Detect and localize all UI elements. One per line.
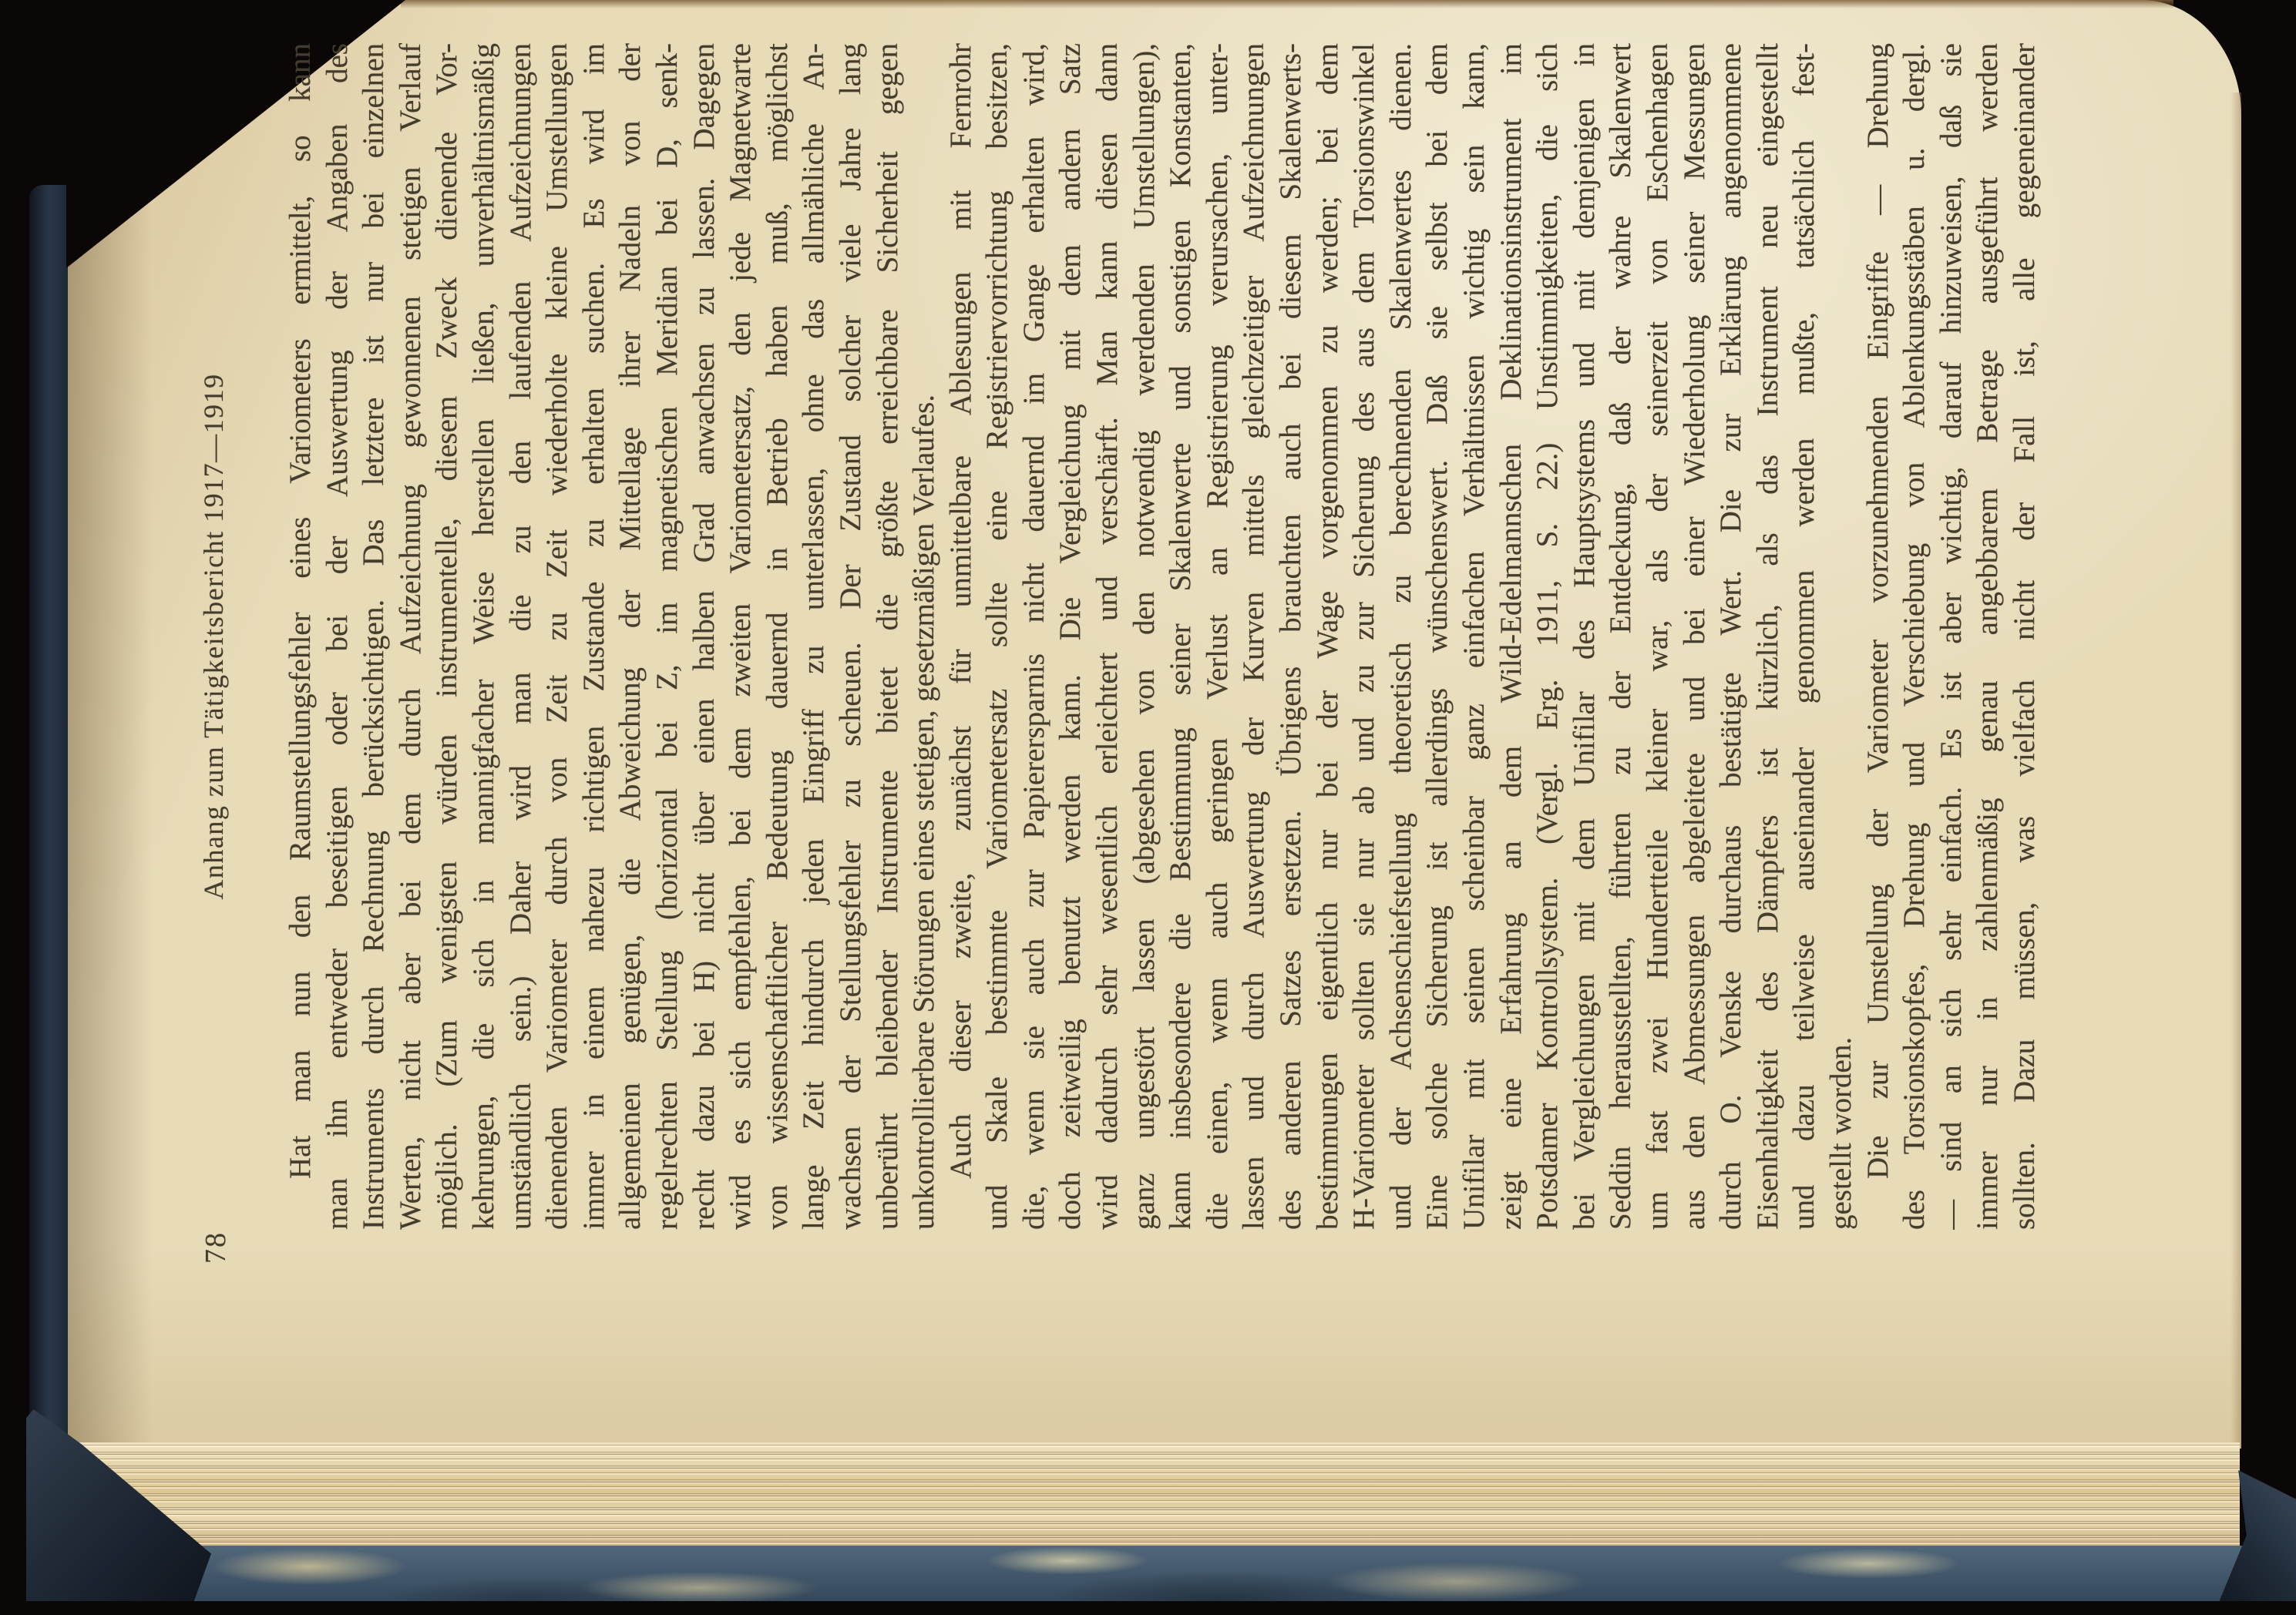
body-line: aus den Abmessungen abgeleitete und bei … xyxy=(1676,43,1713,1230)
body-line: wird es sich empfehlen, bei dem zweiten … xyxy=(722,43,759,1230)
body-line: die einen, wenn auch geringen Verlust an… xyxy=(1199,43,1236,1230)
body-line: möglich. (Zum wenigsten würden instrumen… xyxy=(429,43,466,1230)
body-line: des Torsionskopfes, Drehung und Verschie… xyxy=(1896,43,1933,1230)
body-line: Seddin herausstellten, führten zu der En… xyxy=(1602,43,1639,1230)
body-line: sollten. Dazu müssen, was vielfach nicht… xyxy=(2006,43,2043,1230)
body-line: lange Zeit hindurch jeden Eingriff zu un… xyxy=(795,43,832,1230)
body-line: — sind an sich sehr einfach. Es ist aber… xyxy=(1933,43,1970,1230)
body-line: dienenden Variometer durch von Zeit zu Z… xyxy=(539,43,576,1230)
text-block: 78 Anhang zum Tätigkeitsbericht 1917—191… xyxy=(197,43,2101,1230)
body-line: durch O. Venske durchaus bestätigte Wert… xyxy=(1713,43,1750,1230)
page-top-edge-strip xyxy=(401,0,2173,8)
body-line: die, wenn sie auch zur Papierersparnis n… xyxy=(1016,43,1053,1230)
body-line: Eisenhaltigkeit des Dämpfers ist kürzlic… xyxy=(1750,43,1787,1230)
page-edge-stack xyxy=(68,1442,2240,1550)
body-line: Instruments durch Rechnung berücksichtig… xyxy=(355,43,392,1230)
body-line: H-Variometer sollten sie nur ab und zu z… xyxy=(1346,43,1383,1230)
body-line: unkontrollierbare Störungen eines stetig… xyxy=(906,43,943,1230)
body-text: Hat man nun den Raumstellungsfehler eine… xyxy=(282,43,2043,1230)
body-line: und dazu teilweise auseinander genommen … xyxy=(1786,43,1823,1230)
page-header: 78 Anhang zum Tätigkeitsbericht 1917—191… xyxy=(197,43,237,1230)
body-line: Eine solche Sicherung ist allerdings wün… xyxy=(1419,43,1456,1230)
body-line: man ihn entweder beseitigen oder bei der… xyxy=(319,43,356,1230)
body-line: lassen und durch Auswertung der Kurven m… xyxy=(1235,43,1272,1230)
body-line: kehrungen, die sich in mannigfacher Weis… xyxy=(466,43,503,1230)
body-line: Auch dieser zweite, zunächst für unmitte… xyxy=(943,43,980,1230)
body-line: doch zeitweilig benutzt werden kann. Die… xyxy=(1052,43,1089,1230)
body-line: immer nur in zahlenmäßig genau angebbare… xyxy=(1969,43,2006,1230)
body-line: des anderen Satzes ersetzen. Übrigens br… xyxy=(1272,43,1309,1230)
body-line: bei Vergleichungen mit dem Unifilar des … xyxy=(1566,43,1603,1230)
body-line: und Skale bestimmte Variometersatz sollt… xyxy=(979,43,1016,1230)
photo-background: { "book": { "page_number": "78", "runnin… xyxy=(0,0,2296,1615)
body-line: Hat man nun den Raumstellungsfehler eine… xyxy=(282,43,319,1230)
body-line: ganz ungestört lassen (abgesehen von den… xyxy=(1126,43,1163,1230)
body-line: wachsen der Stellungsfehler zu scheuen. … xyxy=(832,43,869,1230)
body-line: Werten, nicht aber bei dem durch Aufzeic… xyxy=(392,43,429,1230)
body-line: regelrechten Stellung (horizontal bei Z,… xyxy=(649,43,686,1230)
page-number: 78 xyxy=(199,1231,233,1264)
body-line: wird dadurch sehr wesentlich erleichtert… xyxy=(1089,43,1126,1230)
body-line: Unifilar mit seinen scheinbar ganz einfa… xyxy=(1456,43,1493,1230)
body-line: bestimmungen eigentlich nur bei der Wage… xyxy=(1309,43,1346,1230)
body-line: von wissenschaftlicher Bedeutung dauernd… xyxy=(759,43,796,1230)
body-line: immer in einem nahezu richtigen Zustande… xyxy=(576,43,613,1230)
body-line: umständlich sein.) Daher wird man die zu… xyxy=(503,43,540,1230)
body-line: allgemeinen genügen, die Abweichung der … xyxy=(612,43,649,1230)
body-line: um fast zwei Hundertteile kleiner war, a… xyxy=(1639,43,1676,1230)
body-line: und der Achsenschiefstellung theoretisch… xyxy=(1383,43,1420,1230)
body-line: kann insbesondere die Bestimmung seiner … xyxy=(1162,43,1199,1230)
body-line: unberührt bleibender Instrumente bietet … xyxy=(869,43,906,1230)
body-line: gestellt worden. xyxy=(1823,43,1860,1230)
table-shadow-strip xyxy=(0,1601,2296,1615)
marbled-cover xyxy=(92,1546,2258,1606)
running-header: Anhang zum Tätigkeitsbericht 1917—1919 xyxy=(197,43,230,1230)
body-line: Potsdamer Kontrollsystem. (Vergl. Erg. 1… xyxy=(1529,43,1566,1230)
body-line: Die zur Umstellung der Variometer vorzun… xyxy=(1860,43,1897,1230)
body-line: zeigt eine Erfahrung an dem Wild-Edelman… xyxy=(1493,43,1530,1230)
body-line: recht dazu bei H) nicht über einen halbe… xyxy=(686,43,723,1230)
